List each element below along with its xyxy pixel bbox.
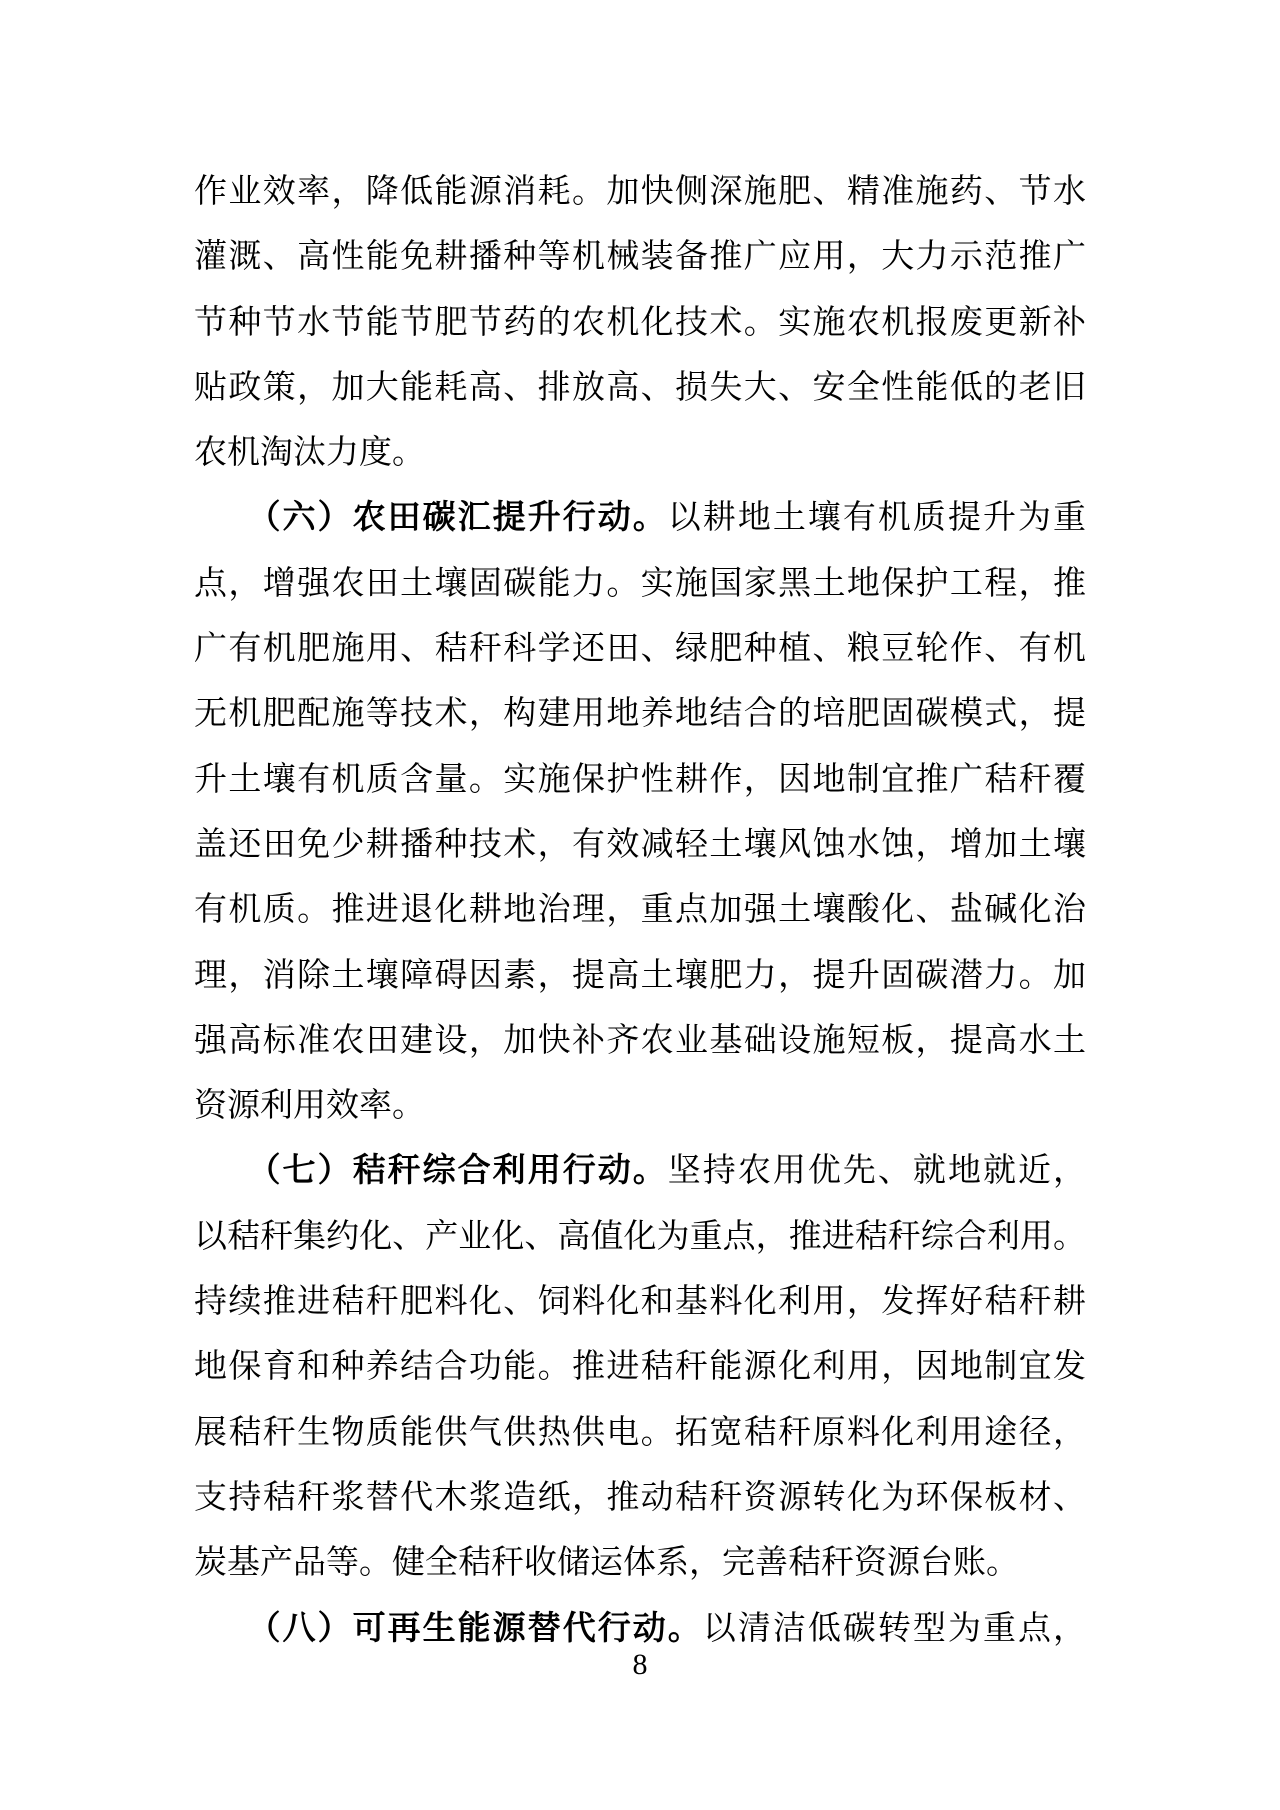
text-line: 农机淘汰力度。 (194, 421, 1086, 486)
text-line: 以秸秆集约化、产业化、高值化为重点，推进秸秆综合利用。 (194, 1205, 1086, 1270)
text-line: （七）秸秆综合利用行动。坚持农用优先、就地就近， (194, 1139, 1086, 1204)
line-text: 坚持农用优先、就地就近， (668, 1153, 1086, 1189)
text-line: 强高标准农田建设，加快补齐农业基础设施短板，提高水土 (194, 1009, 1086, 1074)
page-number: 8 (0, 1645, 1280, 1685)
text-line: 持续推进秸秆肥料化、饲料化和基料化利用，发挥好秸秆耕 (194, 1270, 1086, 1335)
text-line: 资源利用效率。 (194, 1074, 1086, 1139)
line-text: 资源利用效率。 (194, 1088, 425, 1124)
line-text: 点，增强农田土壤固碳能力。实施国家黑土地保护工程，推 (194, 566, 1086, 602)
line-text: 持续推进秸秆肥料化、饲料化和基料化利用，发挥好秸秆耕 (194, 1284, 1086, 1320)
paragraph-lead-bold: （六）农田碳汇提升行动。 (194, 500, 668, 536)
line-text: 作业效率，降低能源消耗。加快侧深施肥、精准施药、节水 (194, 174, 1086, 210)
line-text: 以清洁低碳转型为重点， (703, 1611, 1086, 1647)
line-text: 理，消除土壤障碍因素，提高土壤肥力，提升固碳潜力。加 (194, 958, 1086, 994)
line-text: 无机肥配施等技术，构建用地养地结合的培肥固碳模式，提 (194, 696, 1086, 732)
paragraph-lead-bold: （八）可再生能源替代行动。 (194, 1611, 703, 1647)
line-text: 农机淘汰力度。 (194, 435, 425, 471)
text-line: 盖还田免少耕播种技术，有效减轻土壤风蚀水蚀，增加土壤 (194, 813, 1086, 878)
text-line: 炭基产品等。健全秸秆收储运体系，完善秸秆资源台账。 (194, 1531, 1086, 1596)
line-text: 广有机肥施用、秸秆科学还田、绿肥种植、粮豆轮作、有机 (194, 631, 1086, 667)
text-line: 节种节水节能节肥节药的农机化技术。实施农机报废更新补 (194, 291, 1086, 356)
line-text: 以耕地土壤有机质提升为重 (668, 500, 1086, 536)
text-line: 升土壤有机质含量。实施保护性耕作，因地制宜推广秸秆覆 (194, 748, 1086, 813)
line-text: 支持秸秆浆替代木浆造纸，推动秸秆资源转化为环保板材、 (194, 1480, 1086, 1516)
text-line: 广有机肥施用、秸秆科学还田、绿肥种植、粮豆轮作、有机 (194, 617, 1086, 682)
text-line: 有机质。推进退化耕地治理，重点加强土壤酸化、盐碱化治 (194, 878, 1086, 943)
text-line: （六）农田碳汇提升行动。以耕地土壤有机质提升为重 (194, 486, 1086, 551)
line-text: 有机质。推进退化耕地治理，重点加强土壤酸化、盐碱化治 (194, 892, 1086, 928)
line-text: 炭基产品等。健全秸秆收储运体系，完善秸秆资源台账。 (194, 1545, 1019, 1581)
text-line: 点，增强农田土壤固碳能力。实施国家黑土地保护工程，推 (194, 552, 1086, 617)
line-text: 节种节水节能节肥节药的农机化技术。实施农机报废更新补 (194, 305, 1086, 341)
text-line: 支持秸秆浆替代木浆造纸，推动秸秆资源转化为环保板材、 (194, 1466, 1086, 1531)
paragraph-lead-bold: （七）秸秆综合利用行动。 (194, 1153, 668, 1189)
line-text: 升土壤有机质含量。实施保护性耕作，因地制宜推广秸秆覆 (194, 762, 1086, 798)
text-line: 作业效率，降低能源消耗。加快侧深施肥、精准施药、节水 (194, 160, 1086, 225)
document-page: 作业效率，降低能源消耗。加快侧深施肥、精准施药、节水 灌溉、高性能免耕播种等机械… (0, 0, 1280, 1810)
line-text: 展秸秆生物质能供气供热供电。拓宽秸秆原料化利用途径， (194, 1415, 1086, 1451)
line-text: 强高标准农田建设，加快补齐农业基础设施短板，提高水土 (194, 1023, 1086, 1059)
text-line: 理，消除土壤障碍因素，提高土壤肥力，提升固碳潜力。加 (194, 944, 1086, 1009)
line-text: 盖还田免少耕播种技术，有效减轻土壤风蚀水蚀，增加土壤 (194, 827, 1086, 863)
text-line: 贴政策，加大能耗高、排放高、损失大、安全性能低的老旧 (194, 356, 1086, 421)
line-text: 贴政策，加大能耗高、排放高、损失大、安全性能低的老旧 (194, 370, 1086, 406)
line-text: 以秸秆集约化、产业化、高值化为重点，推进秸秆综合利用。 (194, 1219, 1086, 1255)
line-text: 地保育和种养结合功能。推进秸秆能源化利用，因地制宜发 (194, 1349, 1086, 1385)
document-body: 作业效率，降低能源消耗。加快侧深施肥、精准施药、节水 灌溉、高性能免耕播种等机械… (194, 160, 1086, 1662)
text-line: 展秸秆生物质能供气供热供电。拓宽秸秆原料化利用途径， (194, 1401, 1086, 1466)
line-text: 灌溉、高性能免耕播种等机械装备推广应用，大力示范推广 (194, 239, 1086, 275)
text-line: 地保育和种养结合功能。推进秸秆能源化利用，因地制宜发 (194, 1335, 1086, 1400)
text-line: 灌溉、高性能免耕播种等机械装备推广应用，大力示范推广 (194, 225, 1086, 290)
text-line: 无机肥配施等技术，构建用地养地结合的培肥固碳模式，提 (194, 682, 1086, 747)
